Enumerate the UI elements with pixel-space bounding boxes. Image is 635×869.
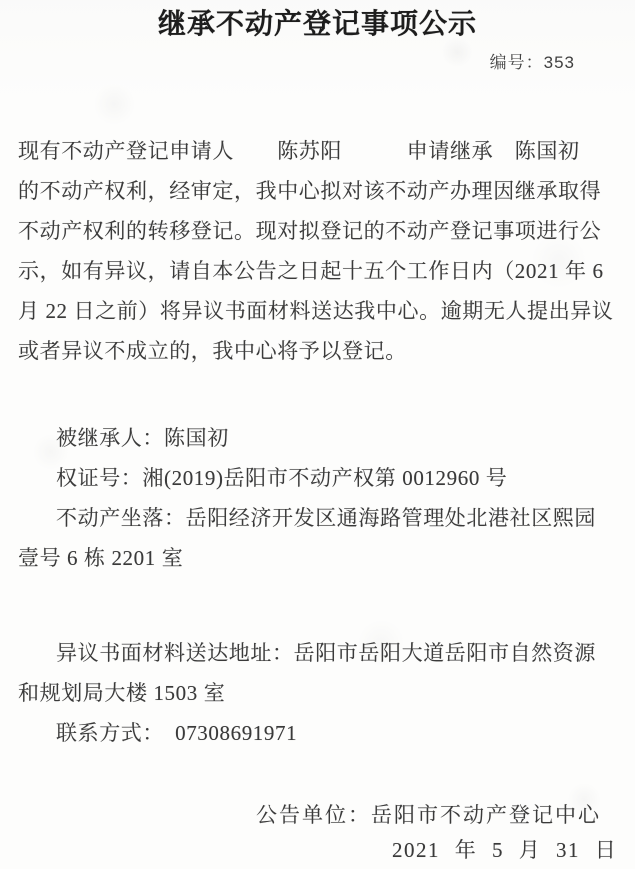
- property-location-line-2: 壹号 6 栋 2201 室: [18, 538, 620, 578]
- paragraph-line: 或者异议不成立的，我中心将予以登记。: [18, 331, 620, 371]
- paragraph-line: 月 22 日之前）将异议书面材料送达我中心。逾期无人提出异议: [18, 291, 620, 331]
- document-title: 继承不动产登记事项公示: [0, 4, 635, 44]
- issuer-line: 公告单位：岳阳市不动产登记中心: [256, 795, 601, 835]
- notice-document-page: 继承不动产登记事项公示 编号：353 现有不动产登记申请人 陈苏阳 申请继承 陈…: [0, 0, 635, 869]
- objection-contact-block: 异议书面材料送达地址：岳阳市岳阳大道岳阳市自然资源 和规划局大楼 1503 室 …: [18, 633, 620, 753]
- doc-number: 编号：353: [490, 50, 575, 76]
- paragraph-line: 不动产权利的转移登记。现对拟登记的不动产登记事项进行公: [18, 211, 620, 251]
- date-line: 2021 年 5 月 31 日: [392, 833, 617, 867]
- heir-line: 被继承人：陈国初: [18, 418, 620, 458]
- paragraph-line: 示，如有异议，请自本公告之日起十五个工作日内（2021 年 6: [18, 251, 620, 291]
- registration-details: 被继承人：陈国初 权证号：湘(2019)岳阳市不动产权第 0012960 号 不…: [18, 418, 620, 578]
- objection-address-line: 异议书面材料送达地址：岳阳市岳阳大道岳阳市自然资源: [18, 633, 620, 673]
- objection-address-line-2: 和规划局大楼 1503 室: [18, 673, 620, 713]
- property-location-line: 不动产坐落：岳阳经济开发区通海路管理处北港社区熙园: [18, 498, 620, 538]
- paragraph-line: 现有不动产登记申请人 陈苏阳 申请继承 陈国初: [18, 131, 620, 171]
- contact-phone-line: 联系方式： 07308691971: [18, 713, 620, 753]
- paragraph-line: 的不动产权利，经审定，我中心拟对该不动产办理因继承取得: [18, 171, 620, 211]
- certificate-number-line: 权证号：湘(2019)岳阳市不动产权第 0012960 号: [18, 458, 620, 498]
- notice-body-paragraph: 现有不动产登记申请人 陈苏阳 申请继承 陈国初 的不动产权利，经审定，我中心拟对…: [18, 131, 620, 371]
